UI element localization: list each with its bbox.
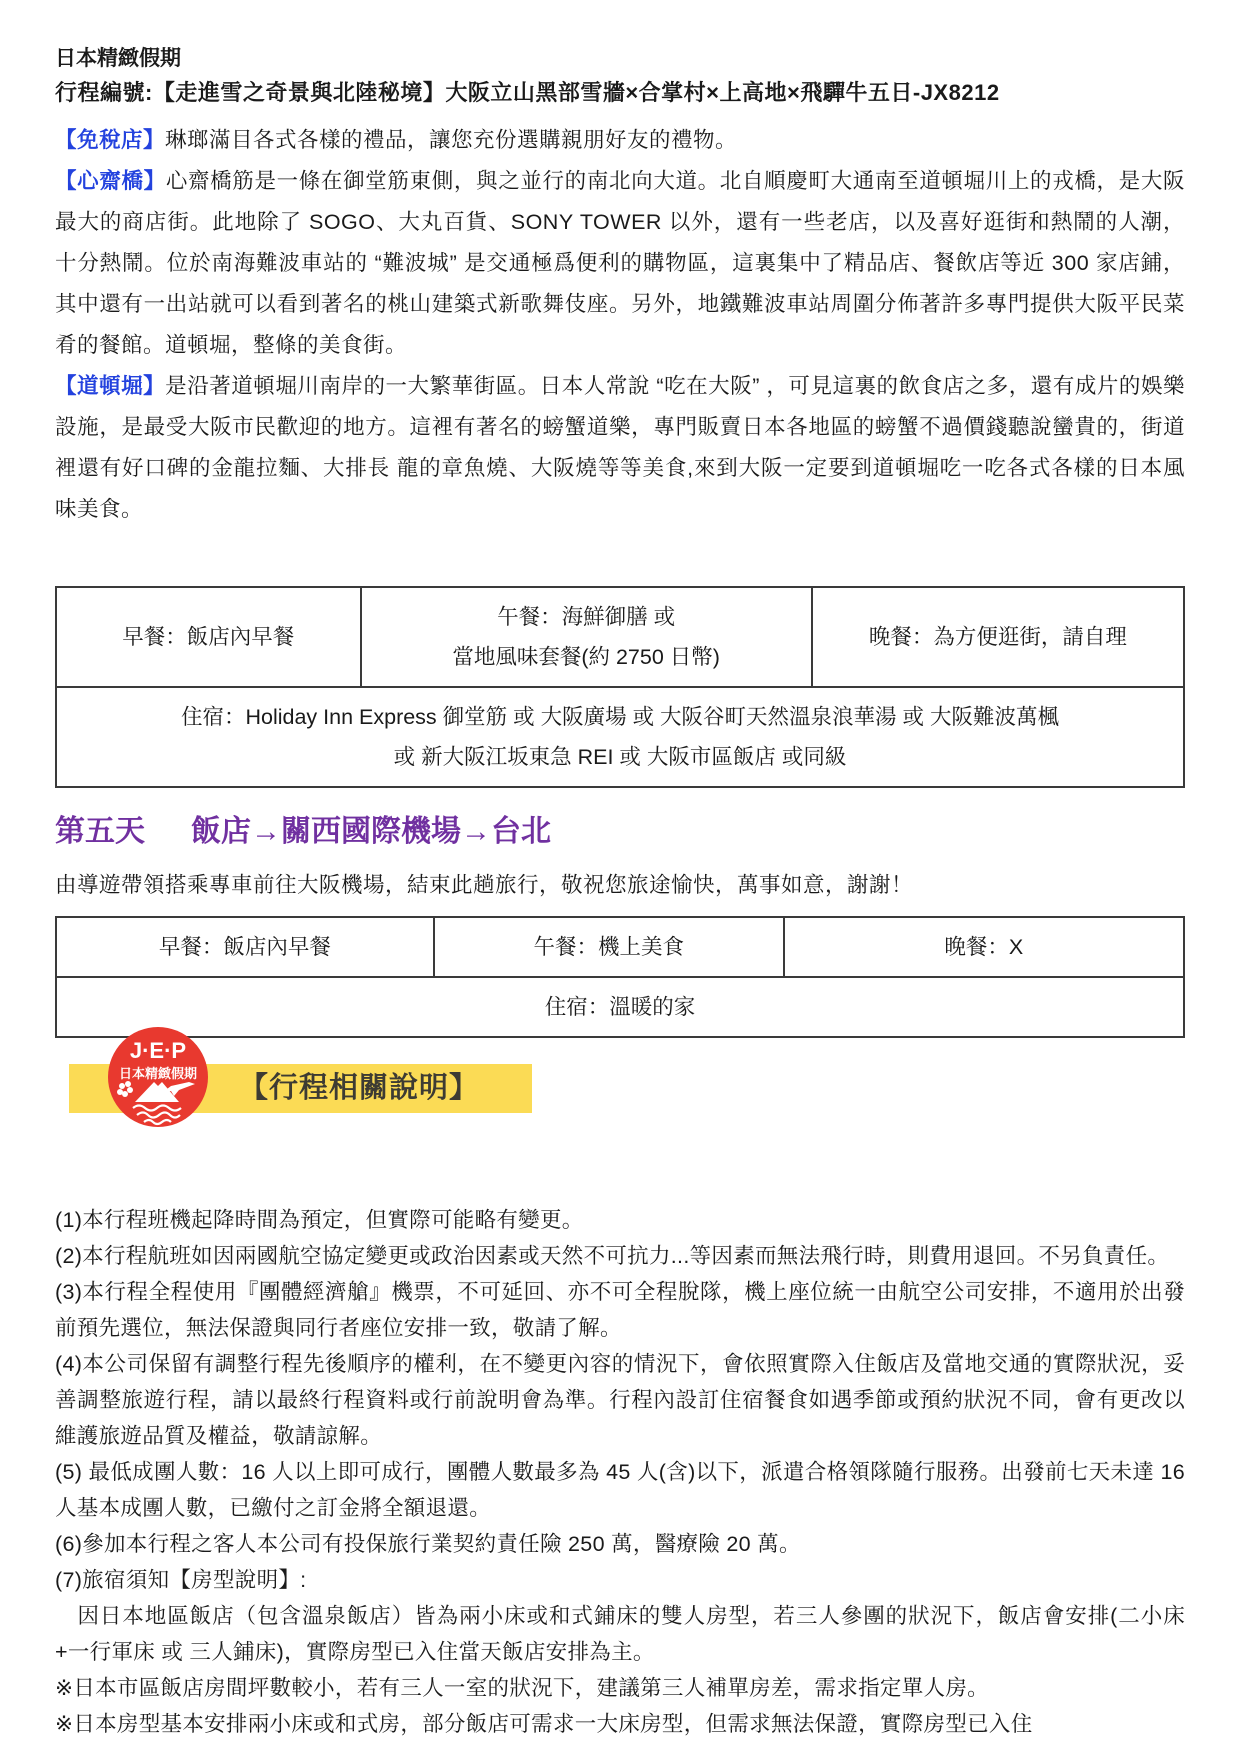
day4-dinner-cell: 晚餐：為方便逛街，請自理 [812,587,1184,687]
note-2: (2)本行程航班如因兩國航空協定變更或政治因素或天然不可抗力...等因素而無法飛… [55,1238,1185,1274]
note-room-size: ※日本市區飯店房間坪數較小，若有三人一室的狀況下，建議第三人補單房差，需求指定單… [55,1670,1185,1706]
note-3: (3)本行程全程使用『團體經濟艙』機票，不可延回、亦不可全程脫隊，機上座位統一由… [55,1274,1185,1346]
section-label-shinsaibashi: 【心齋橋】 [55,169,166,193]
brand-title: 日本精緻假期 [55,46,1185,72]
table-row: 住宿：溫暖的家 [56,977,1184,1037]
notice-banner-block: 【行程相關說明】 J·E·P 日本精緻假期 [55,1042,1185,1152]
itinerary-document-page: 日本精緻假期 行程編號:【走進雪之奇景與北陸秘境】大阪立山黑部雪牆×合掌村×上高… [0,0,1241,1755]
table-row: 早餐：飯店內早餐 午餐：海鮮御膳 或 當地風味套餐(約 2750 日幣) 晚餐：… [56,587,1184,687]
jep-logo-icon: J·E·P 日本精緻假期 [107,1026,209,1128]
day5-heading-day: 第五天 [55,815,145,848]
svg-text:日本精緻假期: 日本精緻假期 [119,1066,197,1081]
tour-code-line: 行程編號:【走進雪之奇景與北陸秘境】大阪立山黑部雪牆×合掌村×上高地×飛驒牛五日… [55,78,1185,108]
day5-meal-hotel-table: 早餐：飯店內早餐 午餐：機上美食 晚餐：X 住宿：溫暖的家 [55,916,1185,1038]
day4-meal-hotel-table: 早餐：飯店內早餐 午餐：海鮮御膳 或 當地風味套餐(約 2750 日幣) 晚餐：… [55,586,1185,788]
tour-code-label: 行程編號: [55,80,153,105]
table-row: 住宿：Holiday Inn Express 御堂筋 或 大阪廣場 或 大阪谷町… [56,687,1184,787]
attraction-descriptions: 【免稅店】琳瑯滿目各式各樣的禮品，讓您充份選購親朋好友的禮物。 【心齋橋】心齋橋… [55,120,1185,530]
section-text-dotonbori: 是沿著道頓堀川南岸的一大繁華街區。日本人常說 “吃在大阪” ，可見這裏的飲食店之… [55,374,1185,521]
day5-hotel-cell: 住宿：溫暖的家 [56,977,1184,1037]
day5-heading-route: 飯店→關西國際機場→台北 [191,815,551,848]
section-duty-free: 【免稅店】琳瑯滿目各式各樣的禮品，讓您充份選購親朋好友的禮物。 [55,120,1185,161]
day4-hotel-line2: 或 新大阪江坂東急 REI 或 大阪市區飯店 或同級 [65,737,1175,777]
day4-hotel-line1: 住宿：Holiday Inn Express 御堂筋 或 大阪廣場 或 大阪谷町… [65,697,1175,737]
section-text-shinsaibashi: 心齋橋筋是一條在御堂筋東側，與之並行的南北向大道。北自順慶町大通南至道頓堀川上的… [55,169,1185,357]
section-text-duty-free: 琳瑯滿目各式各樣的禮品，讓您充份選購親朋好友的禮物。 [165,128,737,152]
section-label-duty-free: 【免稅店】 [55,128,165,152]
day5-lunch-cell: 午餐：機上美食 [434,917,784,977]
section-label-dotonbori: 【道頓堀】 [55,374,165,398]
day4-breakfast-cell: 早餐：飯店內早餐 [56,587,361,687]
section-shinsaibashi: 【心齋橋】心齋橋筋是一條在御堂筋東側，與之並行的南北向大道。北自順慶町大通南至道… [55,161,1185,366]
note-7-room-detail: 因日本地區飯店（包含溫泉飯店）皆為兩小床或和式鋪床的雙人房型，若三人參團的狀況下… [55,1598,1185,1670]
note-1: (1)本行程班機起降時間為預定，但實際可能略有變更。 [55,1202,1185,1238]
day5-breakfast-cell: 早餐：飯店內早餐 [56,917,434,977]
banner-title: 【行程相關說明】 [239,1064,479,1113]
section-dotonbori: 【道頓堀】是沿著道頓堀川南岸的一大繁華街區。日本人常說 “吃在大阪” ，可見這裏… [55,366,1185,530]
day5-heading: 第五天飯店→關西國際機場→台北 [55,812,1185,852]
note-6: (6)參加本行程之客人本公司有投保旅行業契約責任險 250 萬，醫療險 20 萬… [55,1526,1185,1562]
day5-description: 由導遊帶領搭乘專車前往大阪機場，結束此趟旅行，敬祝您旅途愉快，萬事如意，謝謝！ [55,868,1185,902]
table-row: 早餐：飯店內早餐 午餐：機上美食 晚餐：X [56,917,1184,977]
note-bed-type: ※日本房型基本安排兩小床或和式房，部分飯店可需求一大床房型，但需求無法保證，實際… [55,1706,1185,1742]
note-4: (4)本公司保留有調整行程先後順序的權利，在不變更內容的情況下，會依照實際入住飯… [55,1346,1185,1454]
note-7: (7)旅宿須知【房型說明】: [55,1562,1185,1598]
day5-dinner-cell: 晚餐：X [784,917,1184,977]
tour-title: 【走進雪之奇景與北陸秘境】大阪立山黑部雪牆×合掌村×上高地×飛驒牛五日-JX82… [153,80,1000,105]
tour-notes: (1)本行程班機起降時間為預定，但實際可能略有變更。 (2)本行程航班如因兩國航… [55,1202,1185,1742]
day4-lunch-line1: 午餐：海鮮御膳 或 [370,597,803,637]
note-5: (5) 最低成團人數：16 人以上即可成行，團體人數最多為 45 人(含)以下，… [55,1454,1185,1526]
svg-text:J·E·P: J·E·P [130,1038,186,1063]
day4-hotel-cell: 住宿：Holiday Inn Express 御堂筋 或 大阪廣場 或 大阪谷町… [56,687,1184,787]
day4-lunch-line2: 當地風味套餐(約 2750 日幣) [370,637,803,677]
day4-lunch-cell: 午餐：海鮮御膳 或 當地風味套餐(約 2750 日幣) [361,587,812,687]
